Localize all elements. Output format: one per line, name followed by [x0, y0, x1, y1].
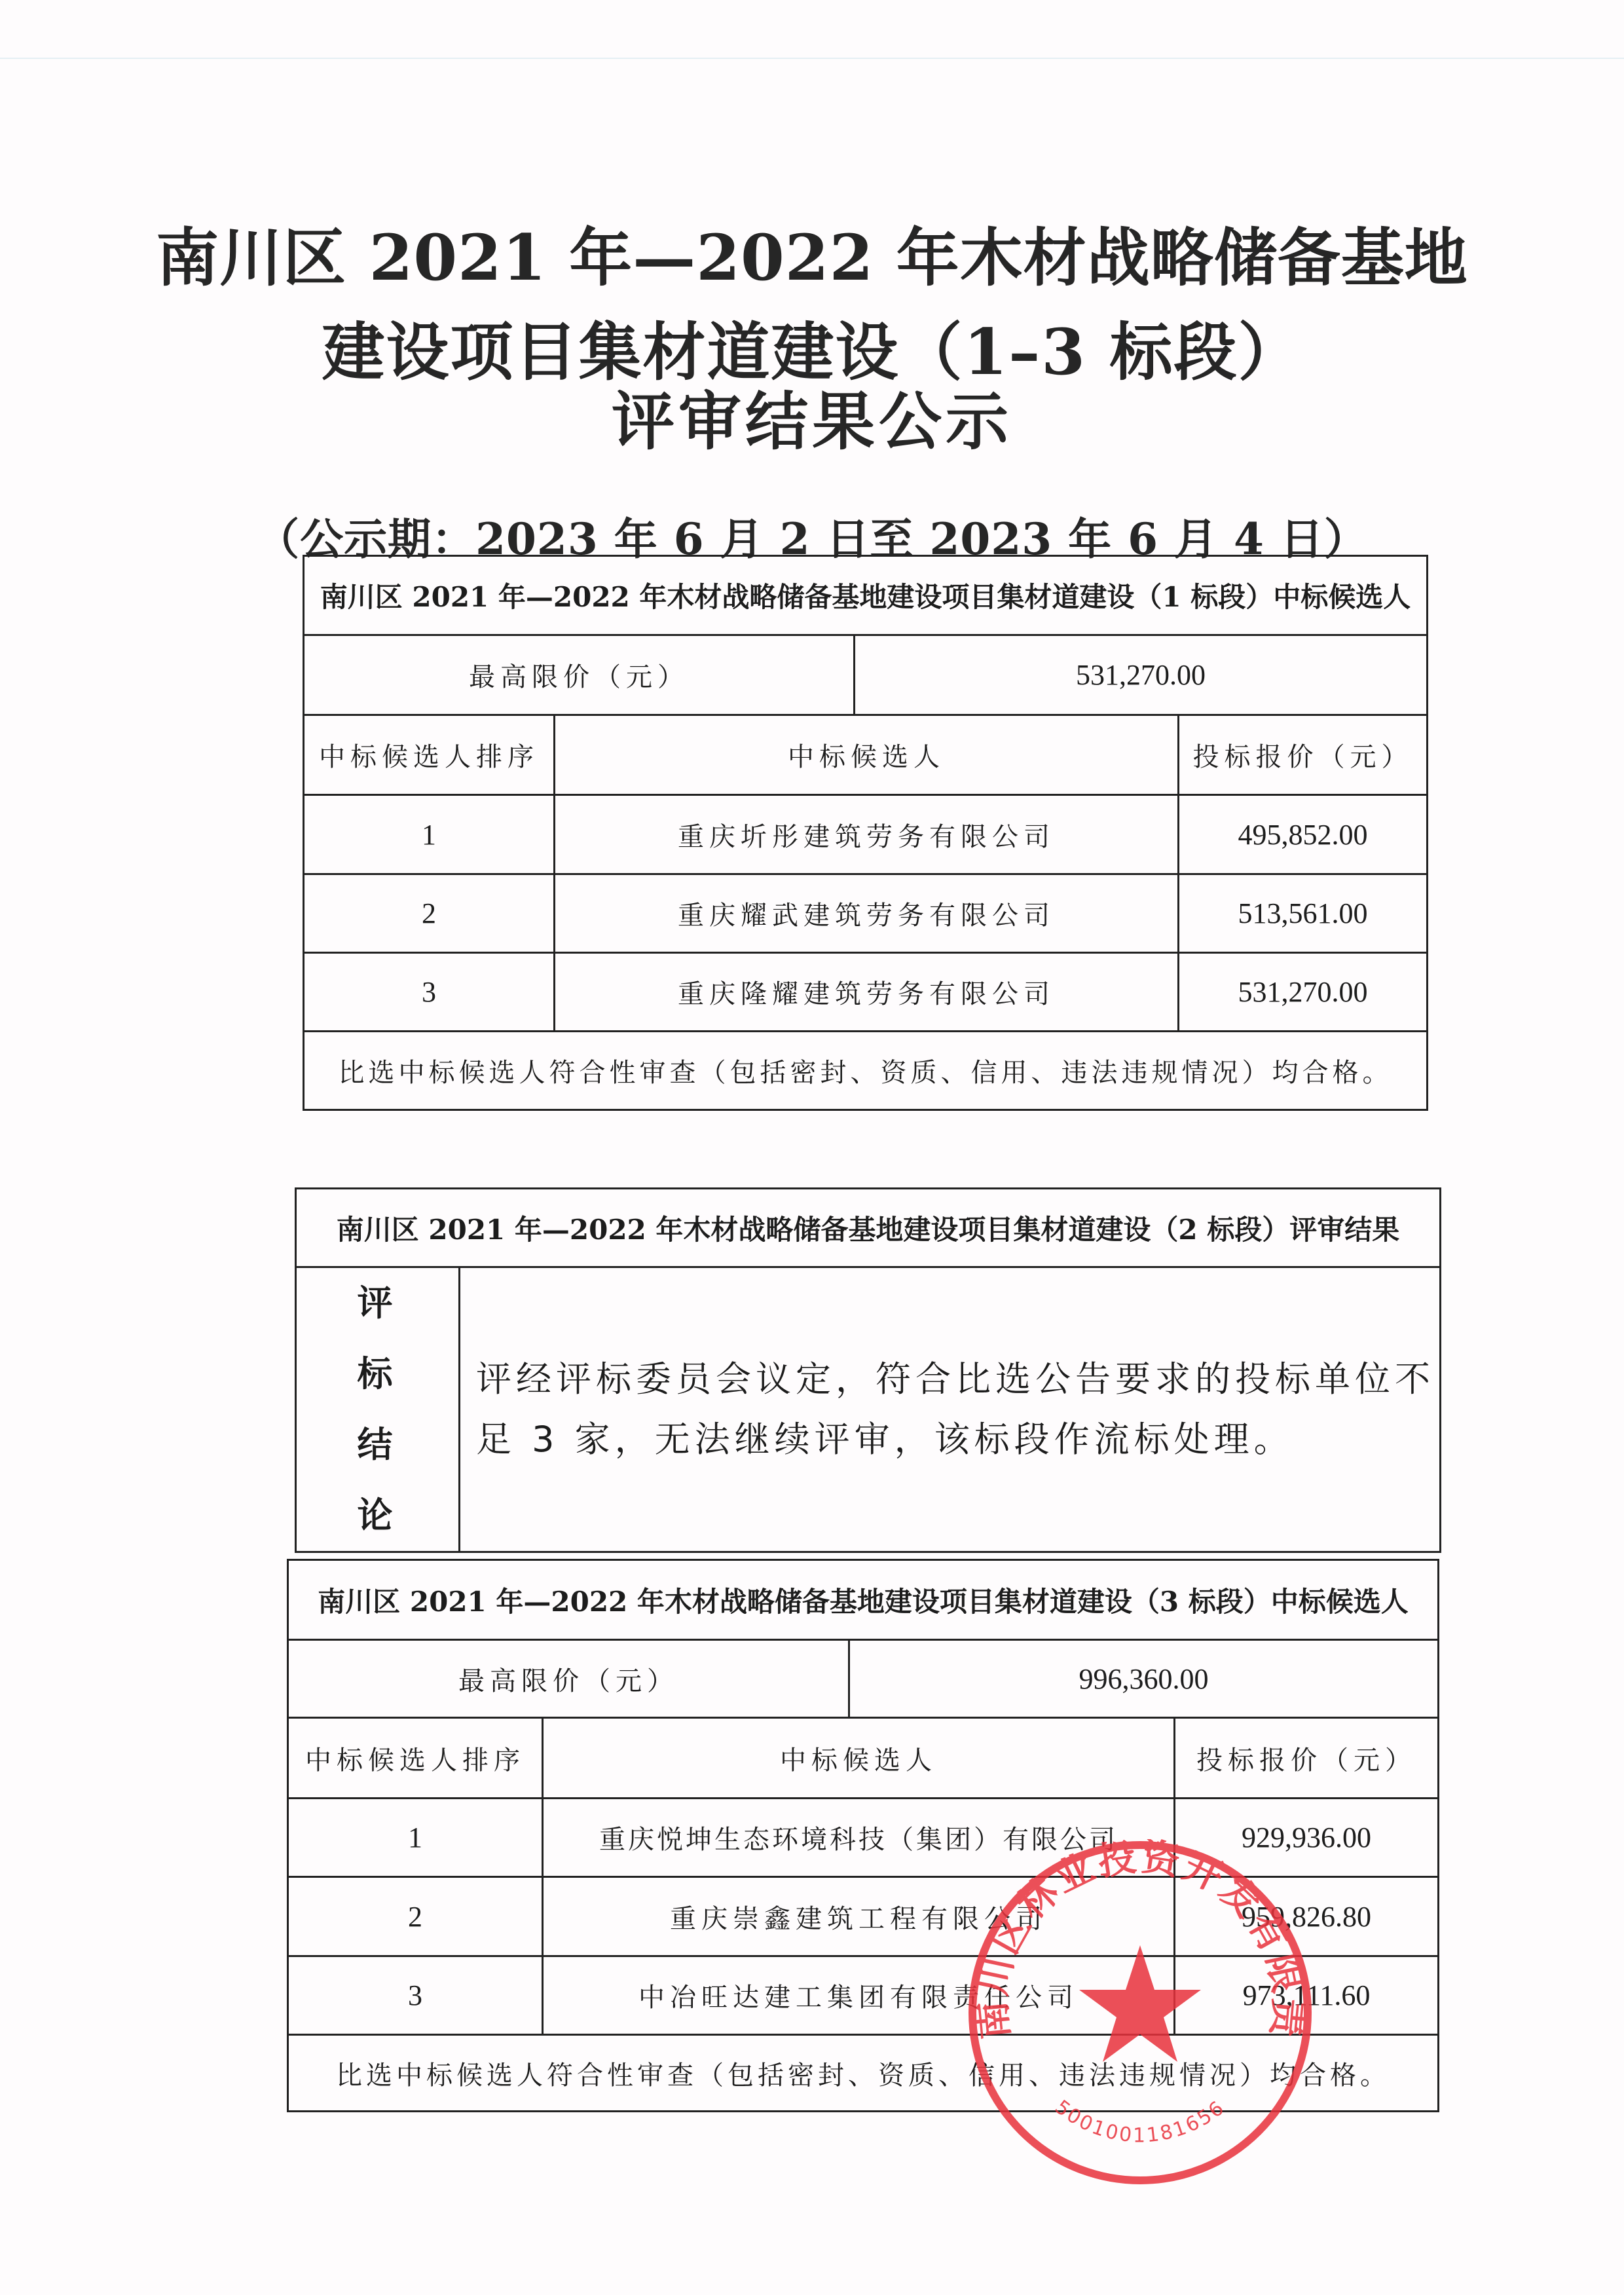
page-title-line-1: 南川区 2021 年—2022 年木材战略储备基地 [0, 208, 1624, 298]
section1-max-price-value: 531,270.00 [855, 635, 1428, 715]
bid-cell: 959,826.80 [1175, 1877, 1439, 1956]
evaluation-conclusion-label-text: 评标结论 [339, 1268, 417, 1551]
rank-cell: 3 [304, 953, 555, 1032]
bid-cell: 929,936.00 [1175, 1799, 1439, 1877]
rank-cell: 2 [288, 1877, 543, 1956]
bid-cell: 973,111.60 [1175, 1956, 1439, 2035]
scan-artifact-line [0, 58, 1624, 59]
section3-max-price-value: 996,360.00 [849, 1640, 1439, 1718]
table-row: 2 重庆耀武建筑劳务有限公司 513,561.00 [304, 874, 1428, 953]
rank-cell: 3 [288, 1956, 543, 2035]
rank-cell: 2 [304, 874, 555, 953]
page-title-line-3: 评审结果公示 [0, 372, 1624, 462]
evaluation-conclusion-text: 评经评标委员会议定，符合比选公告要求的投标单位不足 3 家，无法继续评审，该标段… [460, 1267, 1441, 1552]
candidate-name-cell: 重庆悦坤生态环境科技（集团）有限公司 [543, 1799, 1175, 1877]
section1-table: 南川区 2021 年—2022 年木材战略储备基地建设项目集材道建设（1 标段）… [303, 555, 1428, 1111]
evaluation-conclusion-label: 评标结论 [296, 1267, 460, 1552]
candidate-name-cell: 重庆耀武建筑劳务有限公司 [555, 874, 1179, 953]
section1-col-candidate: 中标候选人 [555, 715, 1179, 795]
section1-max-price-label: 最高限价（元） [304, 635, 855, 715]
section1-title: 南川区 2021 年—2022 年木材战略储备基地建设项目集材道建设（1 标段）… [304, 556, 1428, 635]
table-row: 2 重庆崇鑫建筑工程有限公司 959,826.80 [288, 1877, 1439, 1956]
candidate-name-cell: 重庆隆耀建筑劳务有限公司 [555, 953, 1179, 1032]
section3-max-price-label: 最高限价（元） [288, 1640, 849, 1718]
table-row: 3 中冶旺达建工集团有限责任公司 973,111.60 [288, 1956, 1439, 2035]
candidate-name-cell: 重庆圻彤建筑劳务有限公司 [555, 795, 1179, 874]
bid-cell: 531,270.00 [1179, 953, 1428, 1032]
bid-cell: 495,852.00 [1179, 795, 1428, 874]
section1-compliance-note: 比选中标候选人符合性审查（包括密封、资质、信用、违法违规情况）均合格。 [304, 1032, 1428, 1110]
section3-col-bid: 投标报价（元） [1175, 1718, 1439, 1799]
section1-col-bid: 投标报价（元） [1179, 715, 1428, 795]
candidate-name-cell: 重庆崇鑫建筑工程有限公司 [543, 1877, 1175, 1956]
table-row: 1 重庆圻彤建筑劳务有限公司 495,852.00 [304, 795, 1428, 874]
section1-col-rank: 中标候选人排序 [304, 715, 555, 795]
table-row: 3 重庆隆耀建筑劳务有限公司 531,270.00 [304, 953, 1428, 1032]
section2-table: 南川区 2021 年—2022 年木材战略储备基地建设项目集材道建设（2 标段）… [295, 1187, 1441, 1553]
section3-table: 南川区 2021 年—2022 年木材战略储备基地建设项目集材道建设（3 标段）… [287, 1559, 1439, 2112]
section2-title: 南川区 2021 年—2022 年木材战略储备基地建设项目集材道建设（2 标段）… [296, 1189, 1441, 1267]
rank-cell: 1 [288, 1799, 543, 1877]
bid-cell: 513,561.00 [1179, 874, 1428, 953]
table-row: 1 重庆悦坤生态环境科技（集团）有限公司 929,936.00 [288, 1799, 1439, 1877]
section3-col-rank: 中标候选人排序 [288, 1718, 543, 1799]
candidate-name-cell: 中冶旺达建工集团有限责任公司 [543, 1956, 1175, 2035]
section3-col-candidate: 中标候选人 [543, 1718, 1175, 1799]
section3-compliance-note: 比选中标候选人符合性审查（包括密封、资质、信用、违法违规情况）均合格。 [288, 2035, 1439, 2112]
rank-cell: 1 [304, 795, 555, 874]
section3-title: 南川区 2021 年—2022 年木材战略储备基地建设项目集材道建设（3 标段）… [288, 1560, 1439, 1640]
